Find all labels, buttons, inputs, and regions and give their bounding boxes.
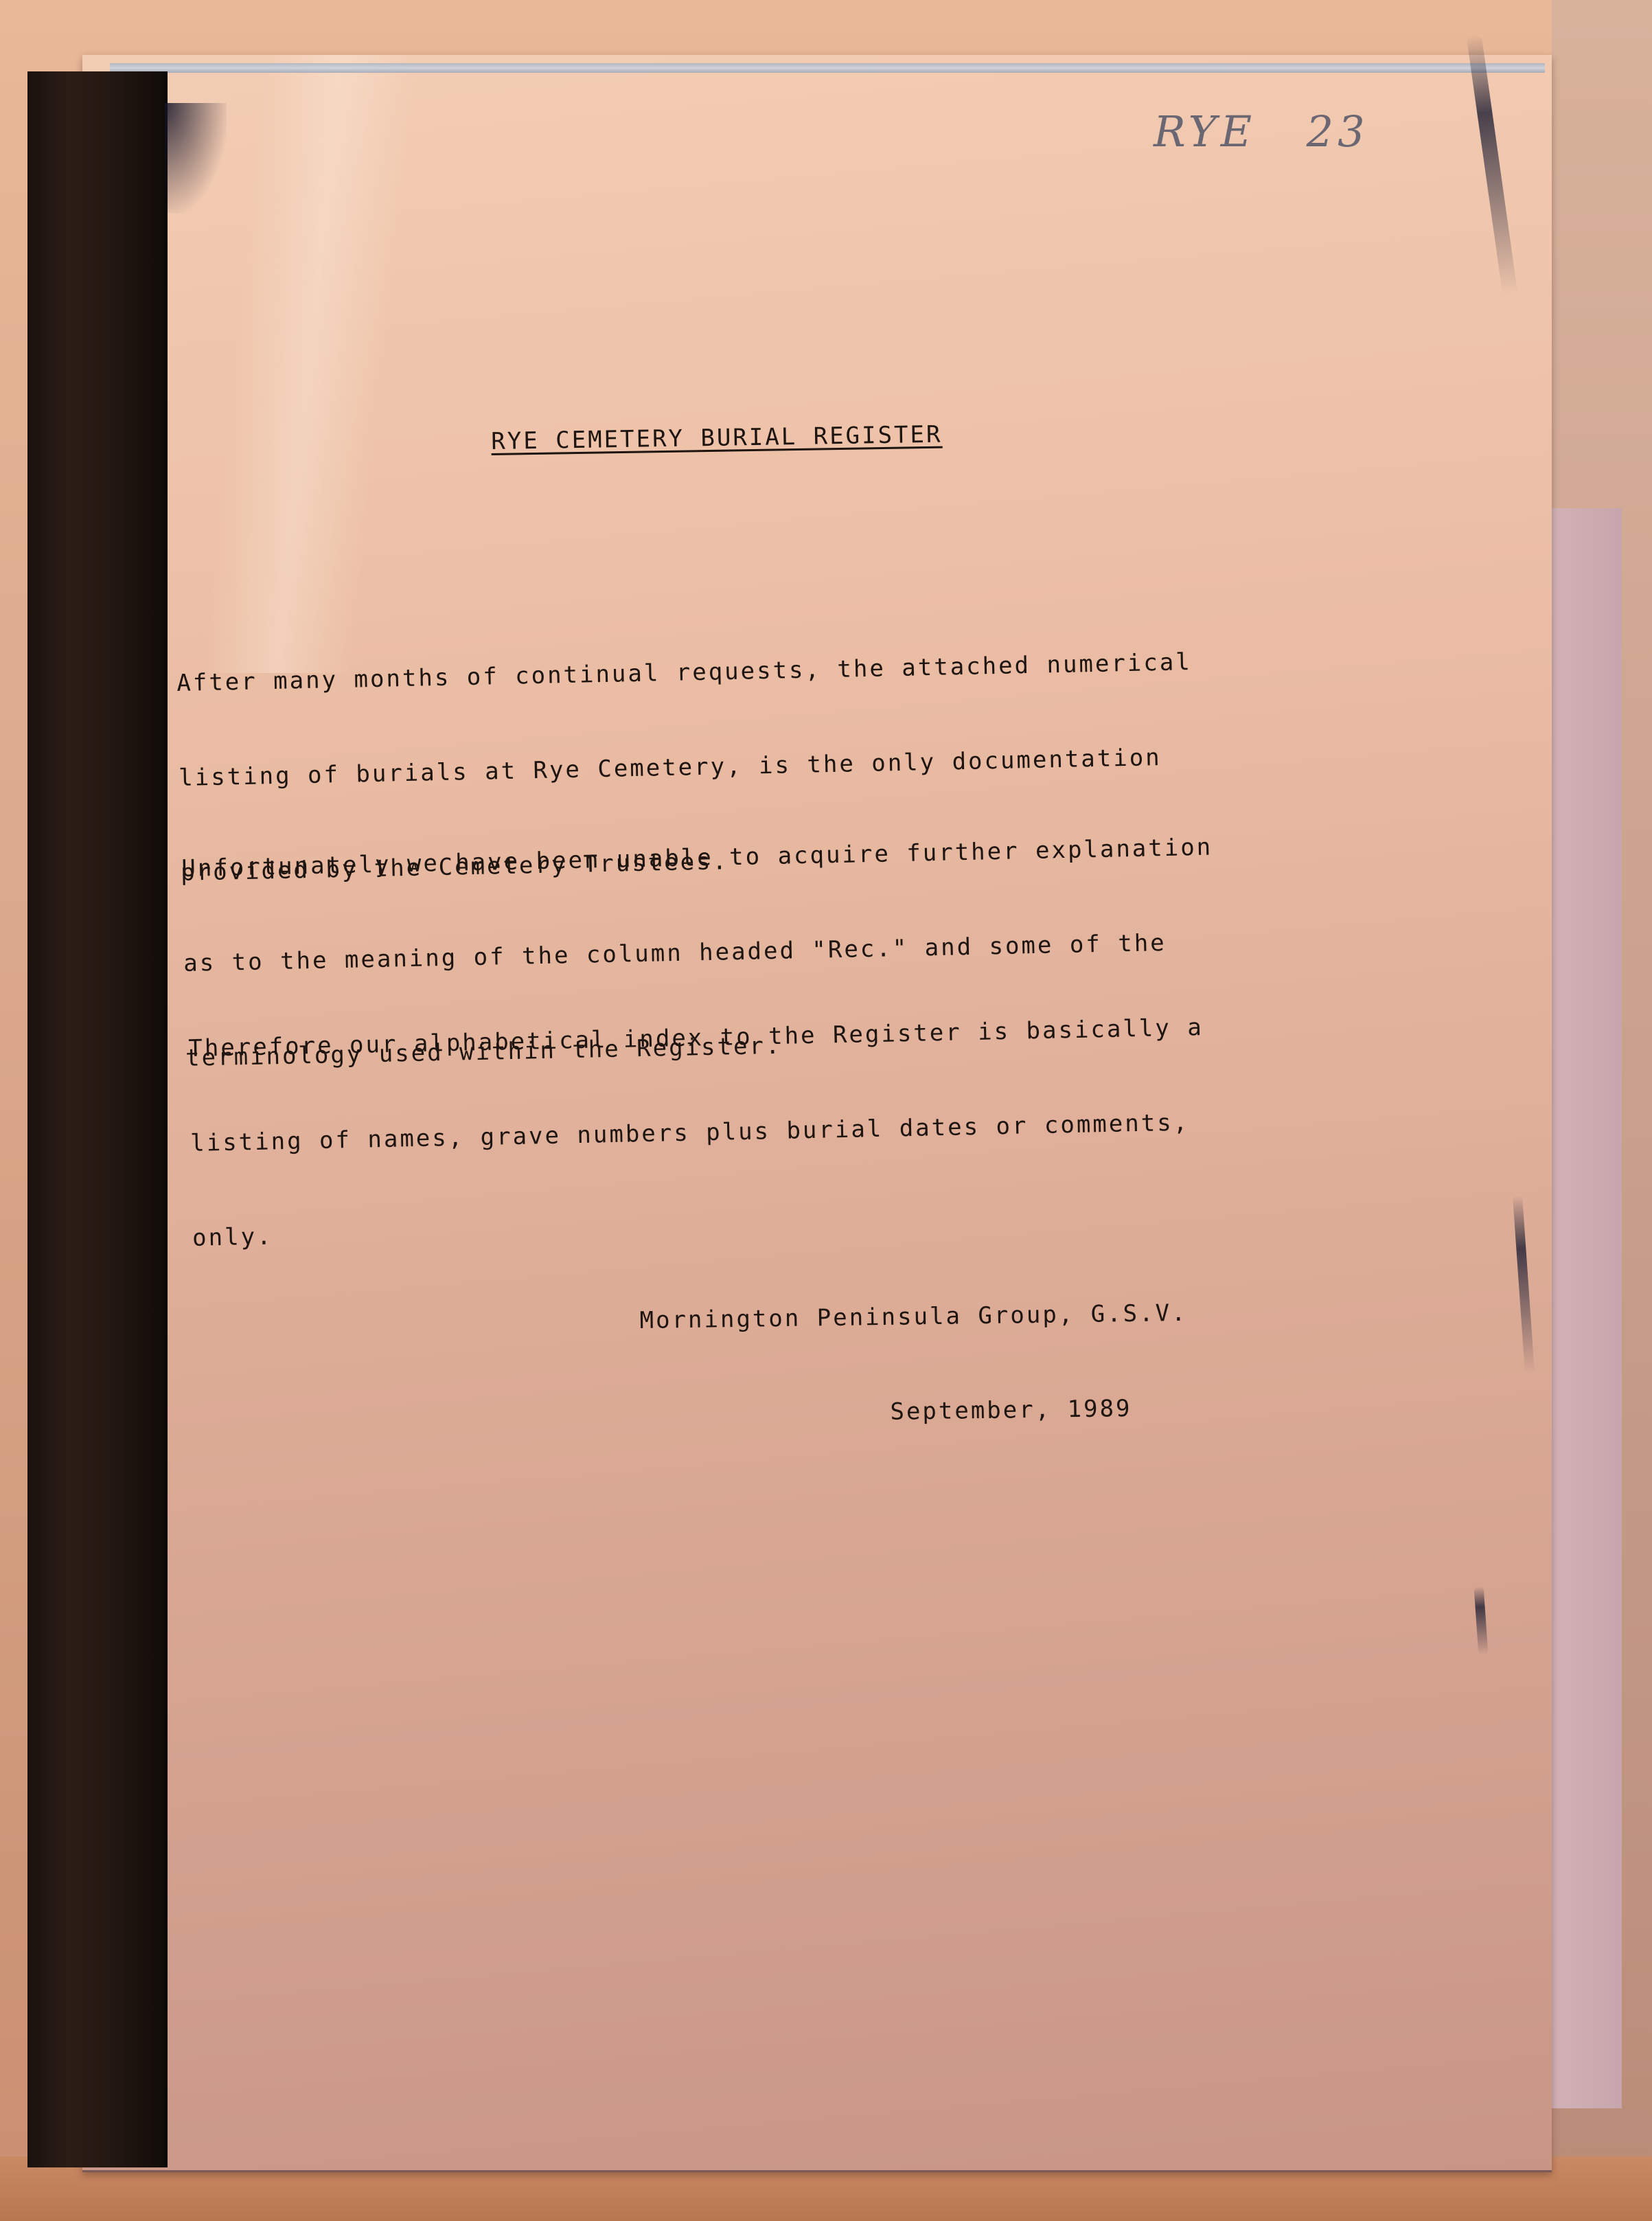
plastic-cover-edge: [110, 63, 1545, 73]
paragraph-line: listing of names, grave numbers plus bur…: [190, 1106, 1206, 1159]
paragraph-line: Therefore our alphabetical index to the …: [188, 1012, 1204, 1064]
signature-block: Mornington Peninsula Group, G.S.V. Septe…: [639, 1234, 1189, 1463]
handwritten-label: RYE 23: [1154, 106, 1369, 157]
paragraph-line: After many months of continual requests,…: [176, 646, 1192, 699]
paragraph-line: Unfortunately we have been unable to acq…: [181, 832, 1213, 885]
paragraph-3: Therefore our alphabetical index to the …: [187, 948, 1208, 1286]
signature-organization: Mornington Peninsula Group, G.S.V.: [639, 1297, 1188, 1336]
signature-date: September, 1989: [641, 1392, 1189, 1431]
spine-shadow: [165, 103, 227, 213]
binding-spine: [27, 71, 168, 2167]
